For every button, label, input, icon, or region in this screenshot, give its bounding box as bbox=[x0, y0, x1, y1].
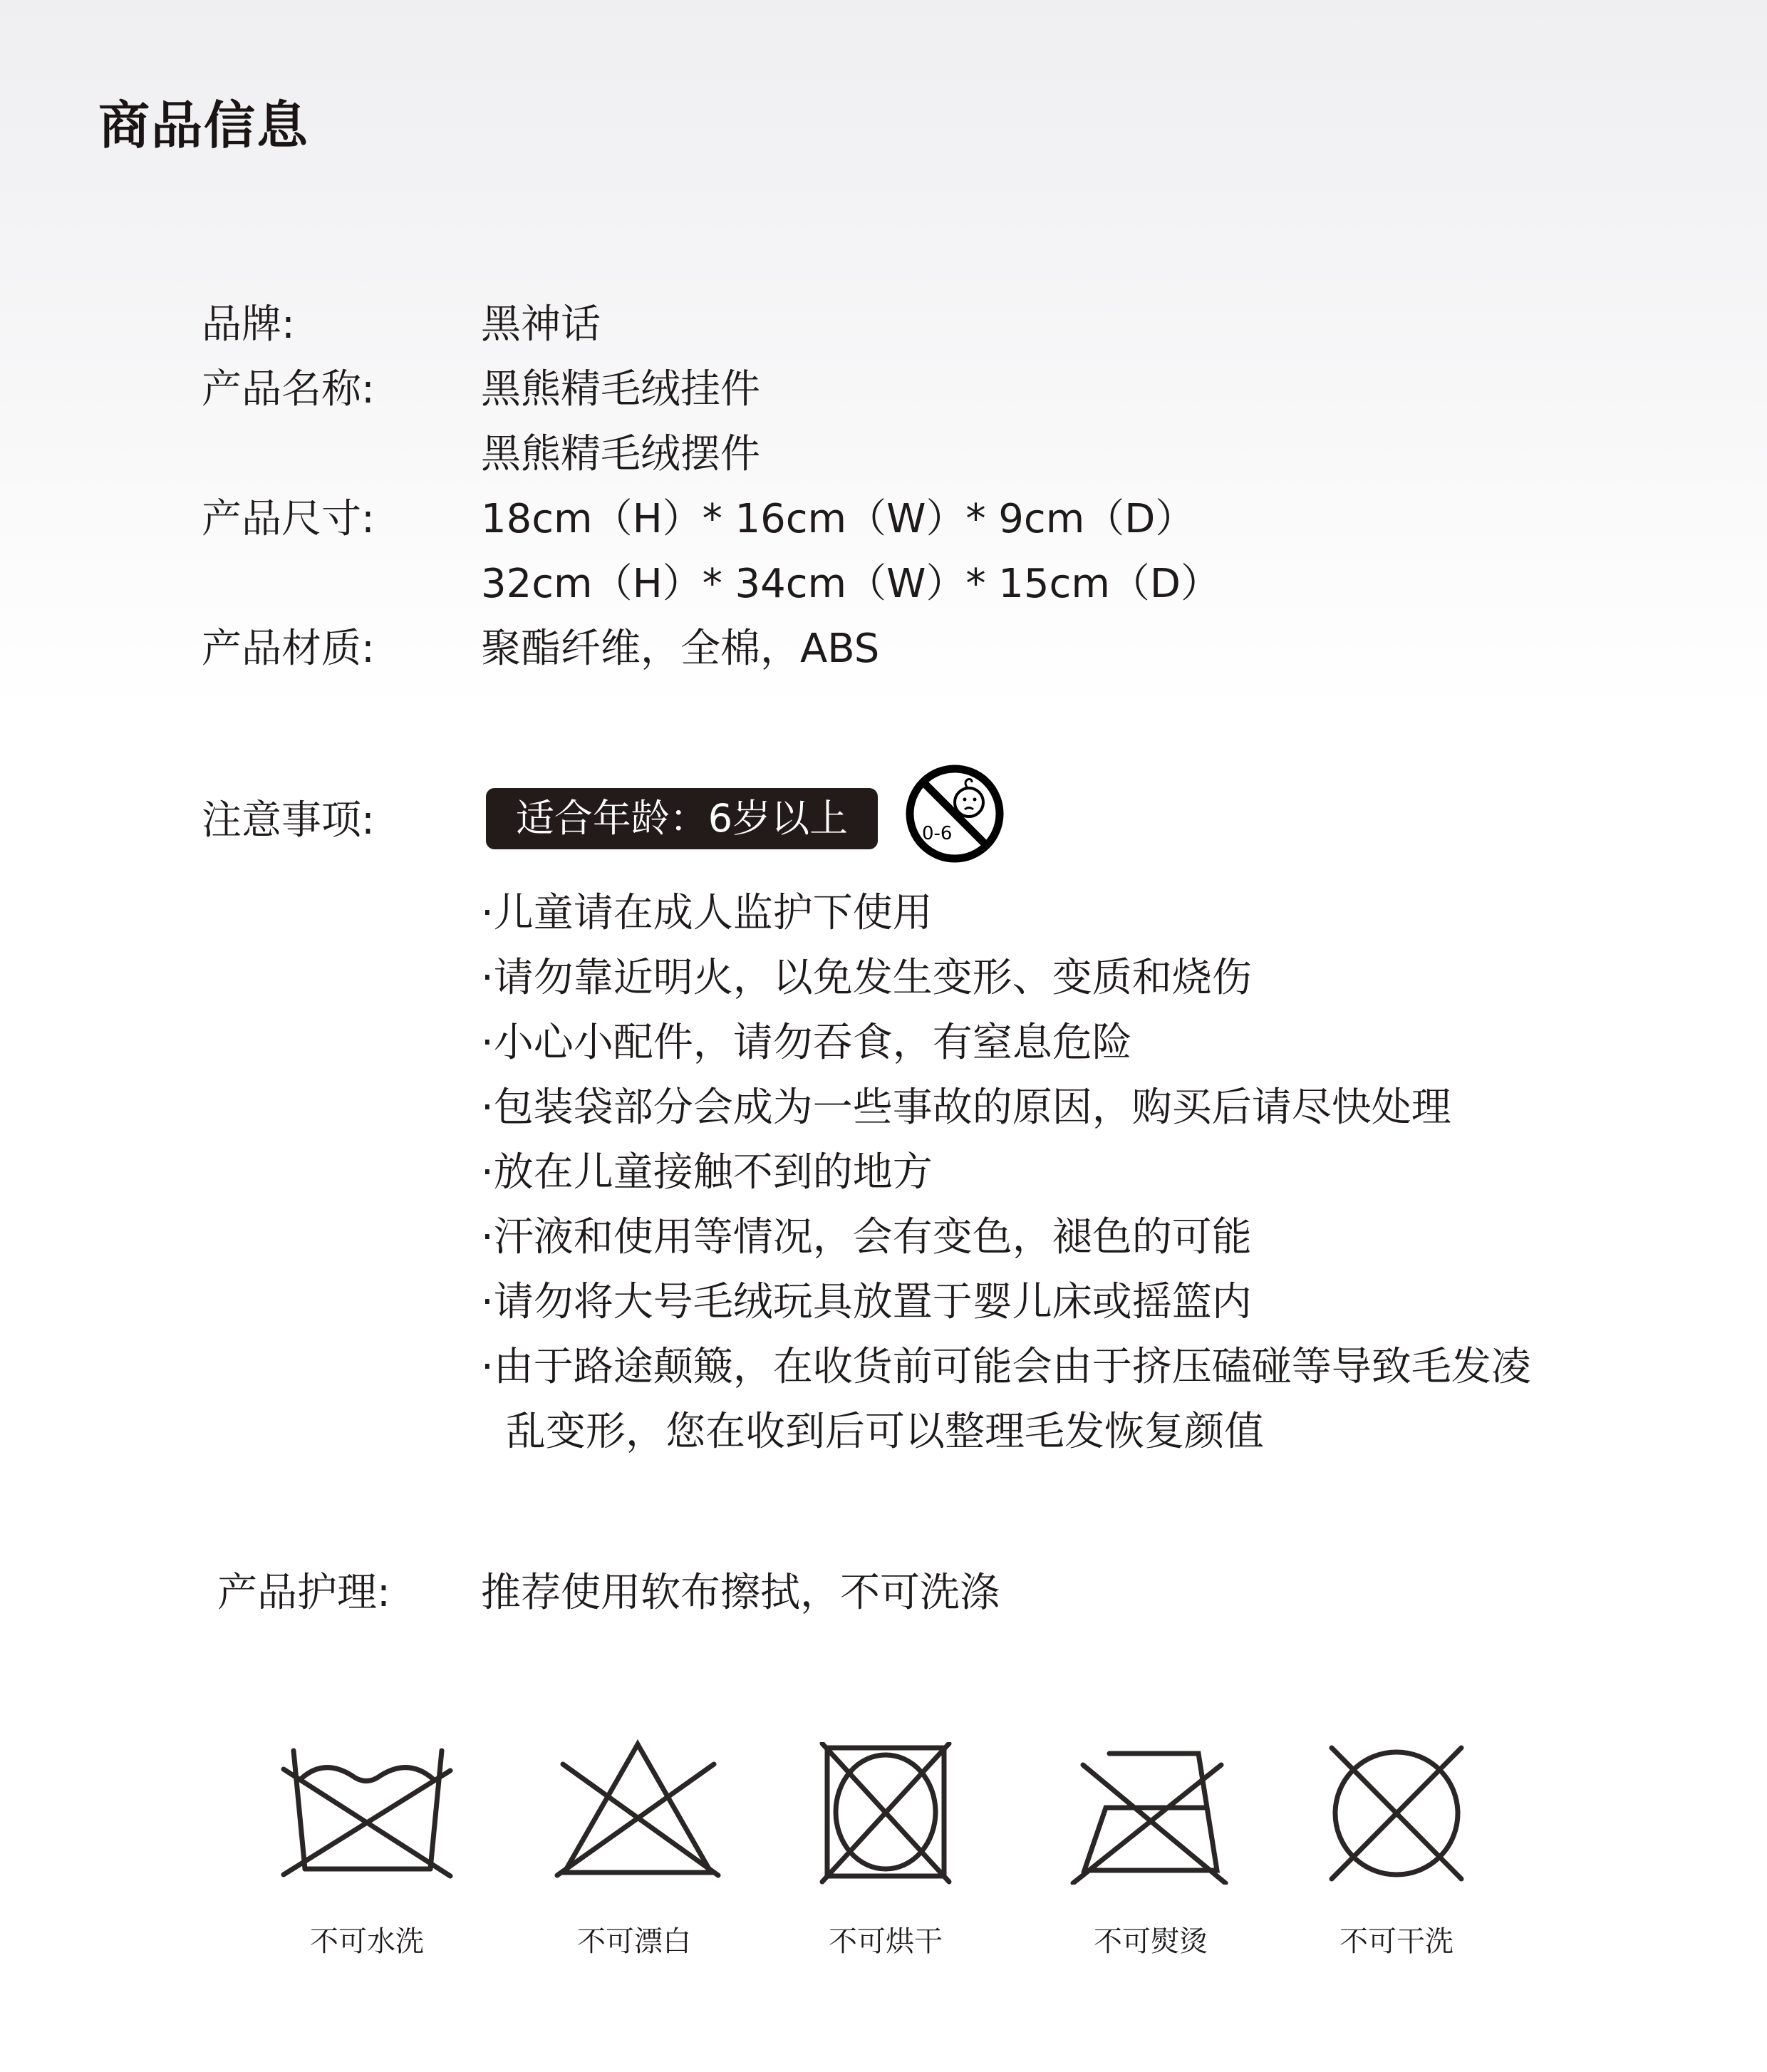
no-iron-label: 不可熨烫 bbox=[1058, 1927, 1243, 1956]
no-wash-icon bbox=[278, 1742, 456, 1885]
note-item-continued: 乱变形，您在收到后可以整理毛发恢复颜值 bbox=[506, 1412, 1264, 1452]
no-dry-clean-icon bbox=[1307, 1742, 1486, 1885]
no-tumble-dry-icon bbox=[797, 1742, 975, 1885]
product-material-label: 产品材质: bbox=[202, 629, 375, 669]
no-bleach-icon bbox=[549, 1739, 727, 1881]
note-item: ·请勿靠近明火，以免发生变形、变质和烧伤 bbox=[481, 958, 1252, 998]
note-item: ·汗液和使用等情况，会有变色，褪色的可能 bbox=[481, 1218, 1252, 1258]
note-item: ·请勿将大号毛绒玩具放置于婴儿床或摇篮内 bbox=[481, 1283, 1252, 1322]
product-name-value-1: 黑熊精毛绒挂件 bbox=[481, 370, 760, 410]
note-item: ·由于路途颠簸，在收货前可能会由于挤压磕碰等导致毛发凌 bbox=[481, 1347, 1531, 1387]
page-title: 商品信息 bbox=[98, 100, 309, 151]
no-iron-icon bbox=[1063, 1742, 1241, 1885]
svg-text:0-6: 0-6 bbox=[922, 823, 952, 844]
product-name-label: 产品名称: bbox=[202, 370, 375, 410]
care-value: 推荐使用软布擦拭，不可洗涤 bbox=[481, 1573, 1000, 1613]
no-children-0-6-icon: 0-6 bbox=[903, 762, 1006, 865]
product-material-value: 聚酯纤维，全棉，ABS bbox=[481, 629, 879, 669]
note-item: ·放在儿童接触不到的地方 bbox=[481, 1153, 933, 1193]
product-size-value-2: 32cm（H）* 34cm（W）* 15cm（D） bbox=[481, 564, 1221, 604]
notes-label: 注意事项: bbox=[202, 801, 375, 841]
no-wash-label: 不可水洗 bbox=[274, 1927, 460, 1956]
brand-value: 黑神话 bbox=[481, 305, 601, 345]
note-item: ·包装袋部分会成为一些事故的原因，购买后请尽快处理 bbox=[481, 1088, 1451, 1128]
product-name-value-2: 黑熊精毛绒摆件 bbox=[481, 435, 760, 475]
brand-label: 品牌: bbox=[202, 305, 295, 345]
no-bleach-label: 不可漂白 bbox=[541, 1927, 727, 1956]
age-badge: 适合年龄：6岁以上 bbox=[486, 788, 878, 849]
care-label: 产品护理: bbox=[217, 1573, 390, 1613]
note-item: ·儿童请在成人监护下使用 bbox=[481, 893, 933, 933]
product-size-value-1: 18cm（H）* 16cm（W）* 9cm（D） bbox=[481, 499, 1195, 539]
no-tumble-dry-label: 不可烘干 bbox=[793, 1927, 978, 1956]
note-item: ·小心小配件，请勿吞食，有窒息危险 bbox=[481, 1023, 1132, 1063]
no-dry-clean-label: 不可干洗 bbox=[1304, 1927, 1489, 1956]
product-size-label: 产品尺寸: bbox=[202, 499, 375, 539]
